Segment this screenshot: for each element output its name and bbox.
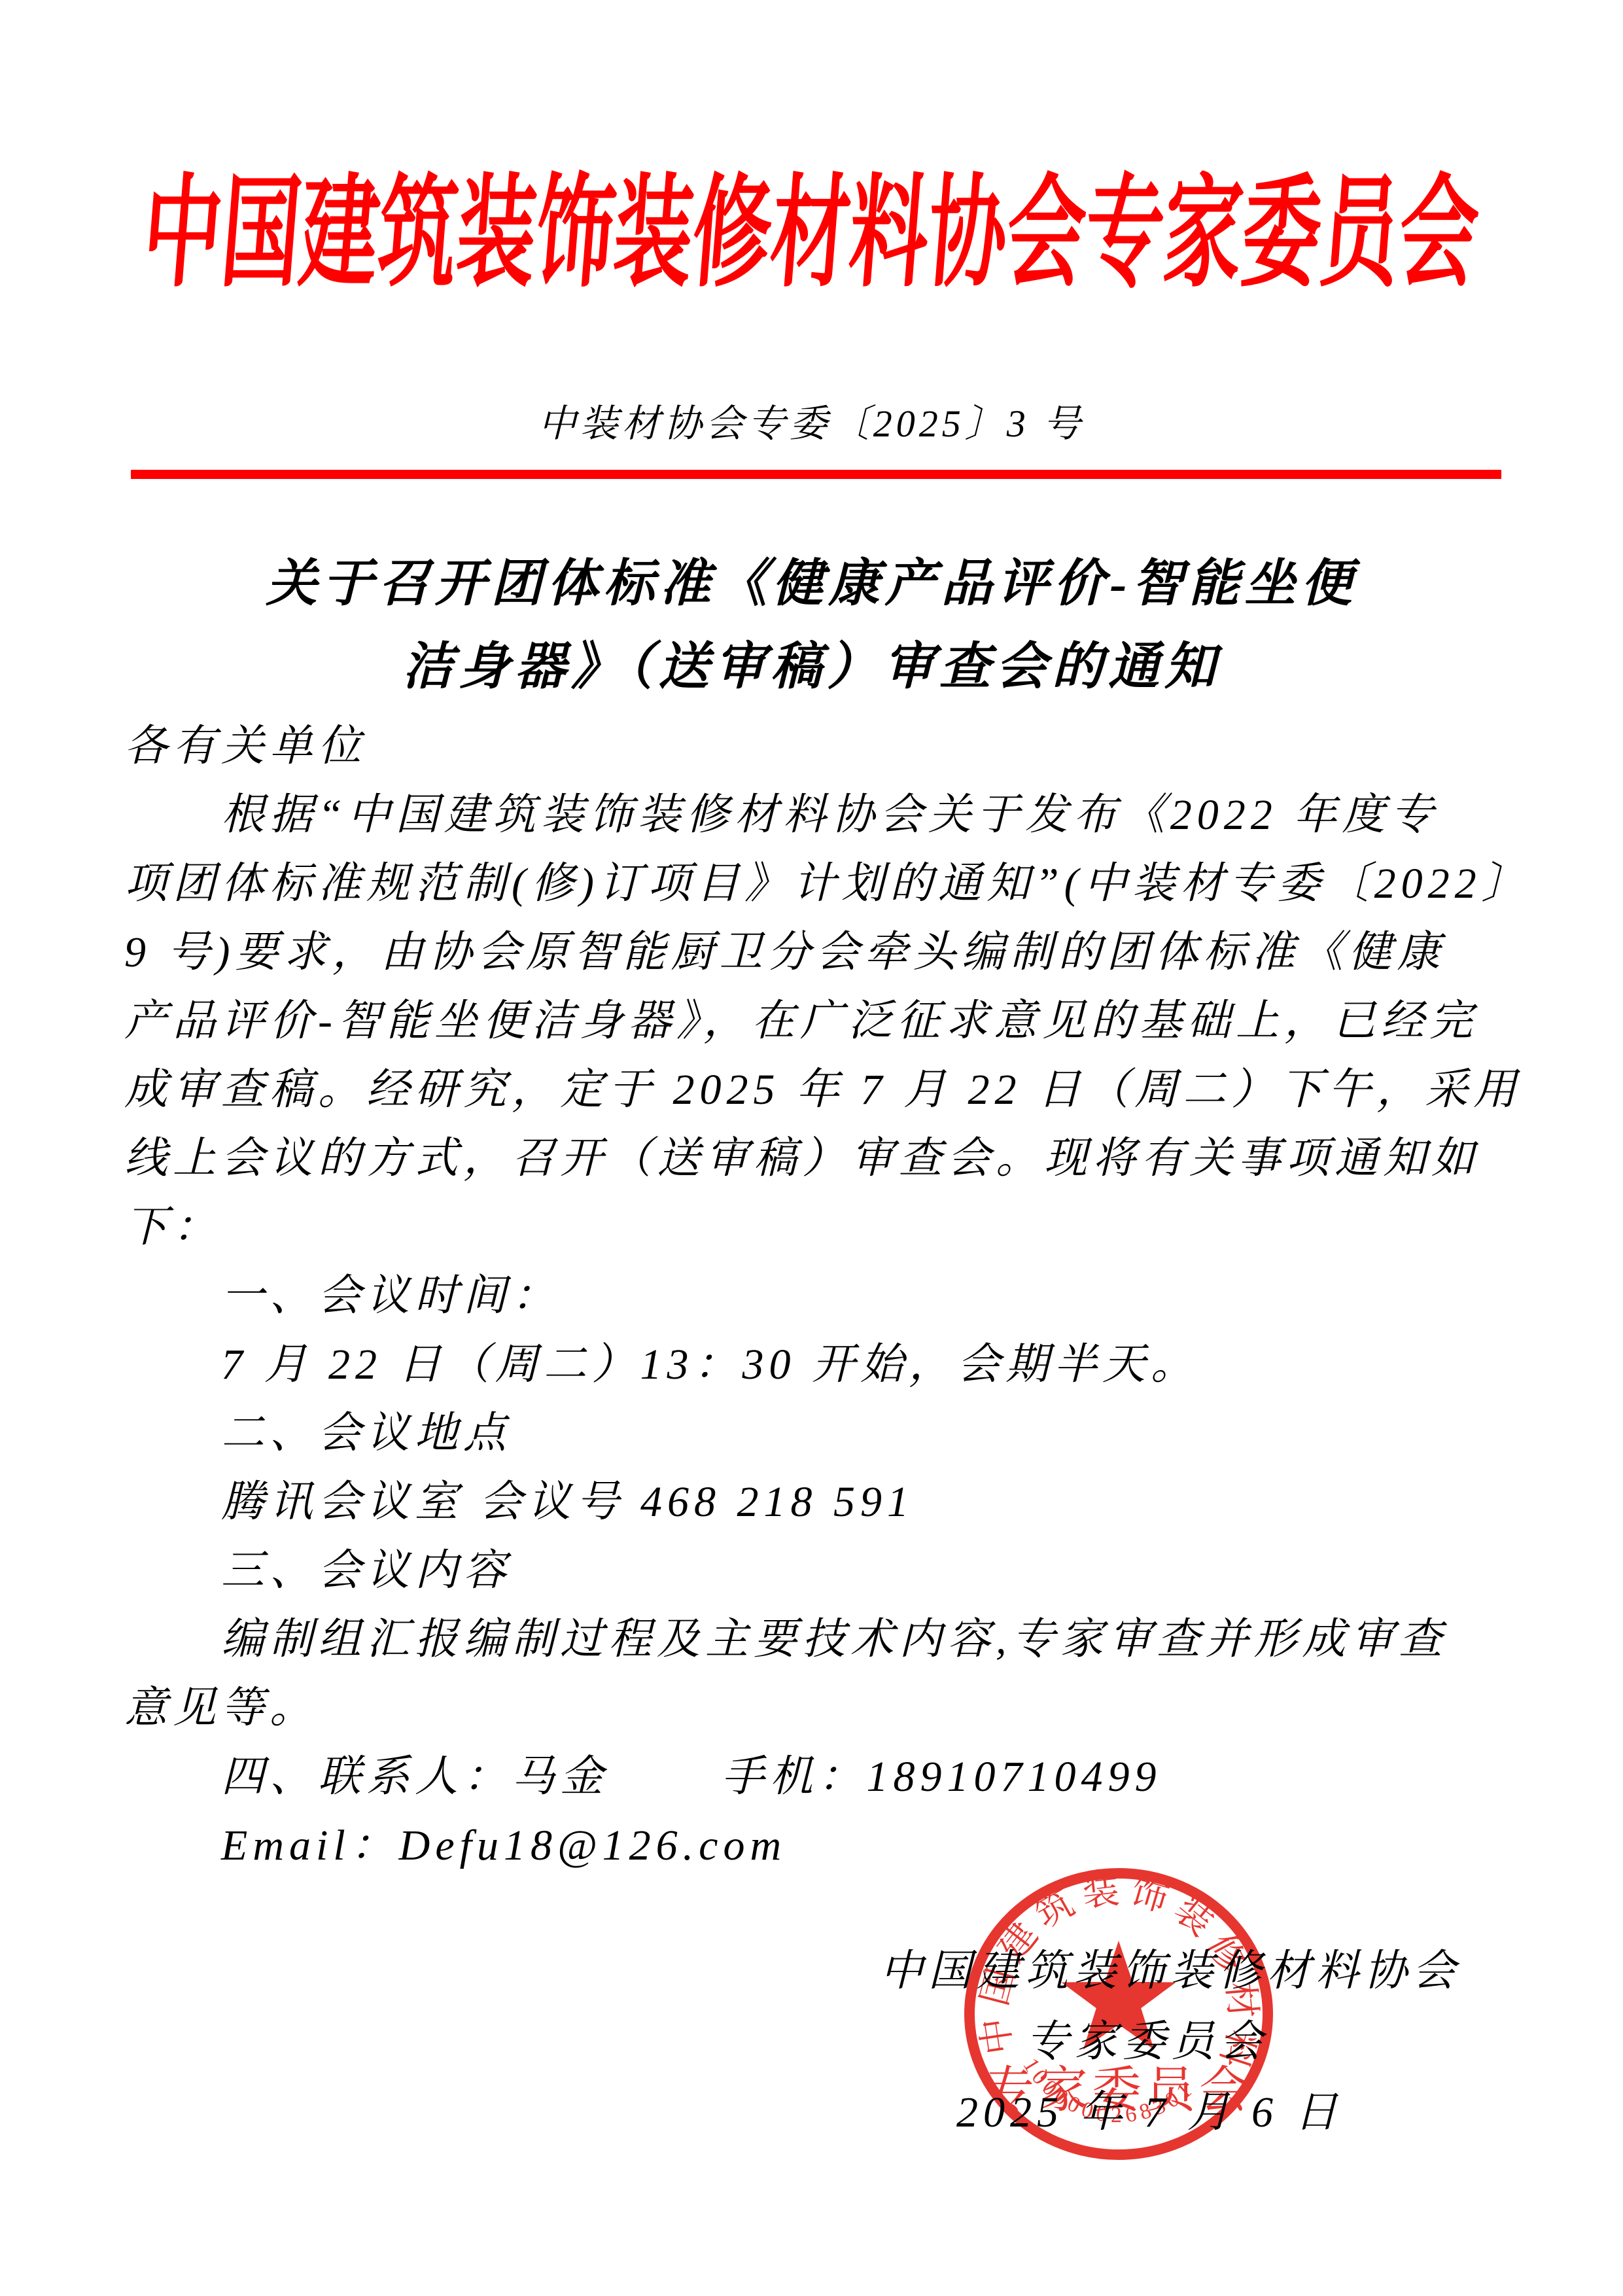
body-line: 编制组汇报编制过程及主要技术内容,专家审查并形成审查: [124, 1605, 1505, 1674]
body-line: 产品评价-智能坐便洁身器》，在广泛征求意见的基础上，已经完: [124, 987, 1505, 1055]
body-line: Email：Defu18@126.com: [124, 1811, 1505, 1880]
body-line: 根据“中国建筑装饰装修材料协会关于发布《2022 年度专: [124, 781, 1505, 849]
document-page: 中国建筑装饰装修材料协会专家委员会 中装材协会专委〔2025〕3 号 关于召开团…: [0, 0, 1623, 2296]
signature-date: 2025 年 7 月 6 日: [956, 2077, 1343, 2139]
signature-committee: 专家委员会: [1026, 2006, 1268, 2068]
body-line: 腾讯会议室 会议号 468 218 591: [124, 1468, 1505, 1536]
body-line: 各有关单位: [124, 712, 1505, 781]
document-title-line2: 洁身器》（送审稿）审查会的通知: [0, 625, 1623, 708]
body-line: 三、会议内容: [124, 1536, 1505, 1605]
body-line: 二、会议地点: [124, 1399, 1505, 1468]
body-line: 7 月 22 日（周二）13：30 开始，会期半天。: [124, 1330, 1505, 1399]
body-line: 9 号)要求，由协会原智能厨卫分会牵头编制的团体标准《健康: [124, 918, 1505, 987]
body-line: 下：: [124, 1193, 1505, 1262]
doc-number: 中装材协会专委〔2025〕3 号: [0, 393, 1623, 448]
org-title-banner: 中国建筑装饰装修材料协会专家委员会: [0, 136, 1623, 311]
body-line: 成审查稿。经研究，定于 2025 年 7 月 22 日（周二）下午，采用: [124, 1055, 1505, 1124]
document-body: 各有关单位 根据“中国建筑装饰装修材料协会关于发布《2022 年度专 项团体标准…: [124, 712, 1505, 1880]
red-divider-rule: [131, 470, 1501, 479]
body-line: 线上会议的方式，召开（送审稿）审查会。现将有关事项通知如: [124, 1124, 1505, 1193]
body-line: 意见等。: [124, 1674, 1505, 1742]
signature-org: 中国建筑装饰装修材料协会: [880, 1935, 1461, 1998]
body-line: 一、会议时间：: [124, 1262, 1505, 1330]
body-line: 项团体标准规范制(修)订项目》计划的通知”(中装材专委〔2022〕: [124, 849, 1505, 918]
body-line: 四、联系人：马金 手机：18910710499: [124, 1742, 1505, 1811]
document-title: 关于召开团体标准《健康产品评价-智能坐便 洁身器》（送审稿）审查会的通知: [0, 542, 1623, 708]
document-title-line1: 关于召开团体标准《健康产品评价-智能坐便: [0, 542, 1623, 625]
